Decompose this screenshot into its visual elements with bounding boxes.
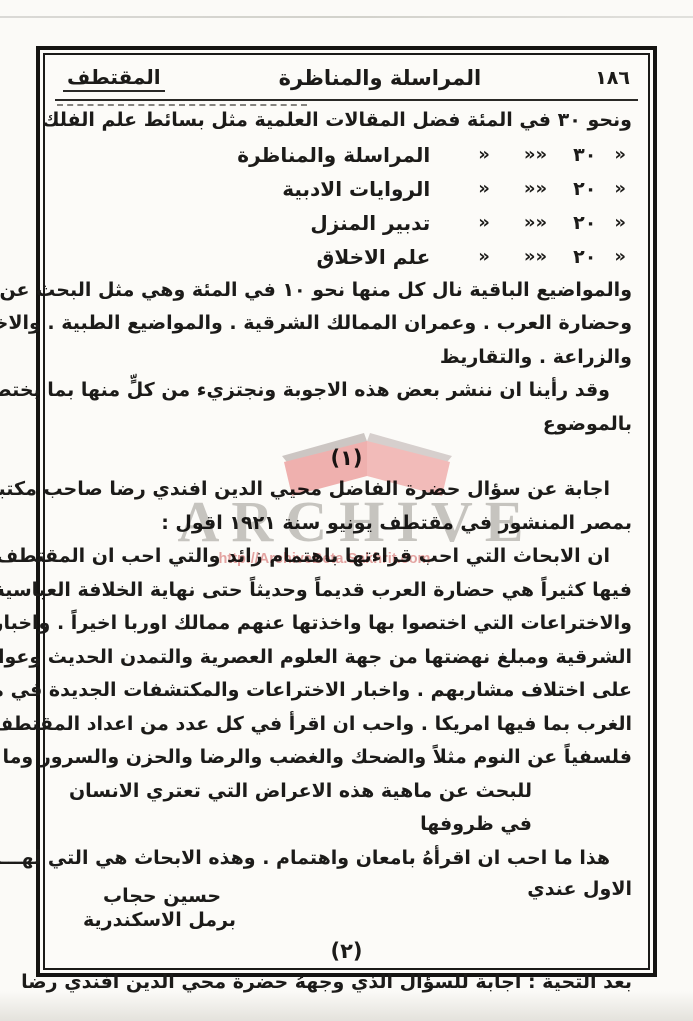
answer-body-line: للبحث عن ماهية هذه الاعراض التي تعتري ال… [61,775,632,842]
ditto-mark: « [536,172,548,206]
remainder-line: والمواضيع الباقية نال كل منها نحو ١٠ في … [61,274,632,308]
stats-intro-line: ونحو ٣٠ في المئة فضل المقالات العلمية مث… [61,104,632,138]
ditto-mark: « [614,240,626,274]
ditto-mark: « [478,138,490,172]
answer-intro-line: بمصر المنشور في مقتطف يونيو سنة ١٩٢١ اقو… [61,507,632,541]
ditto-mark: « [478,172,490,206]
answer-body-line: الشرقية ومبلغ نهضتها من جهة العلوم العصر… [61,641,632,675]
answer-body-line: فلسفياً عن النوم مثلاً والضحك والغضب وال… [61,741,632,775]
header-divider-dashed [57,104,307,106]
answer-body-line: ان الابحاث التي احب قراءتها باهتمام زائد… [61,540,632,574]
stats-topic: علم الاخلاق [317,240,431,274]
stats-value: ٢٠ [573,206,596,240]
answer-body-line: فيها كثيراً هي حضارة العرب قديماً وحديثا… [61,574,632,608]
page-number: ١٨٦ [595,67,630,89]
ditto-mark: « [614,138,626,172]
answer-body-line: والاختراعات التي اختصوا بها واخذتها عنهم… [61,607,632,641]
magazine-name: المقتطف [63,65,165,92]
section-title: المراسلة والمناظرة [279,66,482,90]
stats-row: « ٢٠ « « « علم الاخلاق [61,240,632,274]
ditto-mark: « [524,206,536,240]
editorial-note-line: وقد رأينا ان ننشر بعض هذه الاجوبة ونجتزي… [61,374,632,408]
scanned-page-background: ١٨٦ المراسلة والمناظرة المقتطف ونحو ٣٠ ف… [0,0,693,1021]
stats-value: ٣٠ [573,138,596,172]
scan-edge-artifact-top [0,16,693,18]
page-header: ١٨٦ المراسلة والمناظرة المقتطف [55,55,638,101]
answer-body-line: على اختلاف مشاربهم . واخبار الاختراعات و… [61,674,632,708]
section-2-marker: (٢) [61,936,632,966]
stats-topic: الروايات الادبية [282,172,430,206]
editorial-note-line: بالموضوع [61,408,632,442]
ditto-mark: « [536,138,548,172]
ditto-mark: « [478,206,490,240]
stats-topic: المراسلة والمناظرة [237,138,430,172]
page-border-frame: ١٨٦ المراسلة والمناظرة المقتطف ونحو ٣٠ ف… [36,46,657,977]
closing-signature-row: الاول عندي حسين حجاب [61,875,632,904]
ditto-mark: « [478,240,490,274]
answer-closing-line: هذا ما احب ان اقرأهُ بامعان واهتمام . وه… [61,842,632,876]
stats-value: ٢٠ [573,172,596,206]
stats-topic: تدبير المنزل [310,206,430,240]
signature-name: حسين حجاب [103,882,221,911]
article-body: ونحو ٣٠ في المئة فضل المقالات العلمية مث… [55,101,638,1000]
ditto-mark: « [524,240,536,274]
page-border-inner: ١٨٦ المراسلة والمناظرة المقتطف ونحو ٣٠ ف… [43,53,650,970]
ditto-mark: « [524,138,536,172]
remainder-line: والزراعة . والتقاريظ [61,341,632,375]
ditto-mark: « [536,206,548,240]
ditto-mark: « [524,172,536,206]
ditto-mark: « [614,172,626,206]
answer-body-line: الغرب بما فيها امريكا . واحب ان اقرأ في … [61,708,632,742]
stats-row: « ٢٠ « « « تدبير المنزل [61,206,632,240]
stats-row: « ٣٠ « « « المراسلة والمناظرة [61,138,632,172]
section-1-marker: (١) [61,443,632,473]
scan-edge-artifact-bottom [0,991,693,1021]
ditto-mark: « [614,206,626,240]
stats-value: ٢٠ [573,240,596,274]
answer-intro-line: اجابة عن سؤال حضرة الفاضل محيي الدين افن… [61,473,632,507]
remainder-line: وحضارة العرب . وعمران الممالك الشرقية . … [61,307,632,341]
ditto-mark: « [536,240,548,274]
stats-row: « ٢٠ « « « الروايات الادبية [61,172,632,206]
